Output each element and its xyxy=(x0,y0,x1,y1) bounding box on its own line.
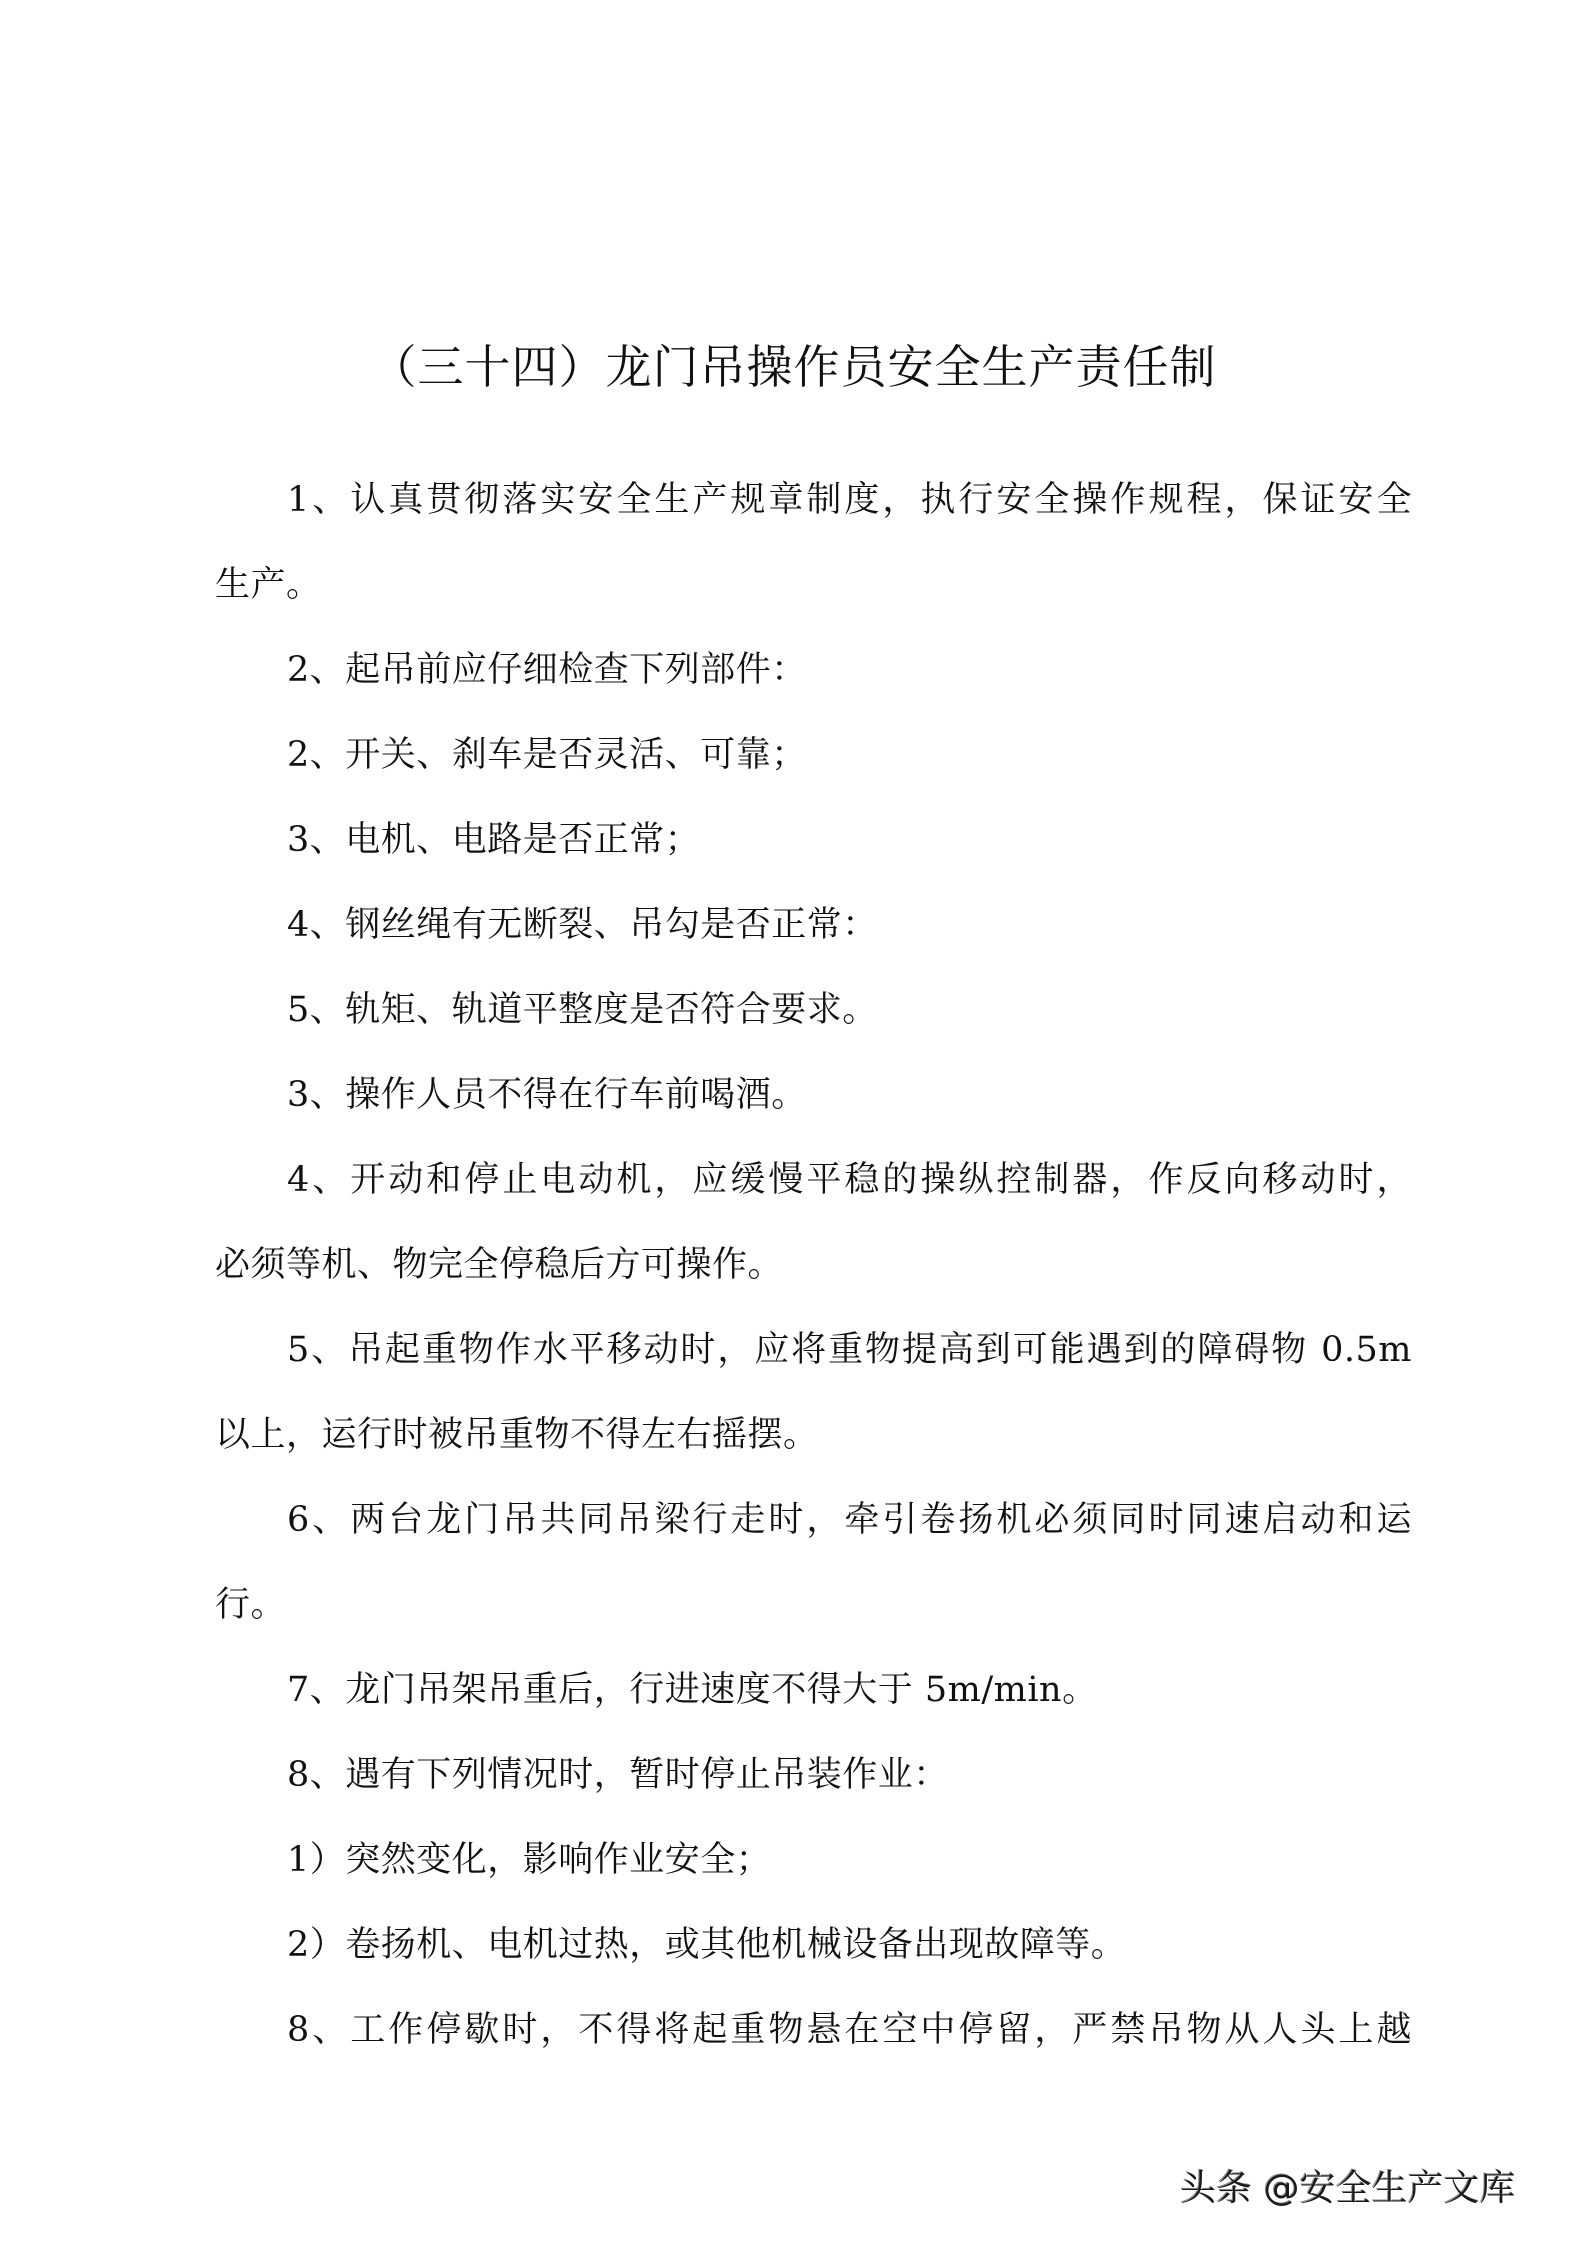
watermark: 头条 @安全生产文库 xyxy=(1180,2160,1515,2211)
document-page: （三十四）龙门吊操作员安全生产责任制 1、认真贯彻落实安全生产规章制度，执行安全… xyxy=(0,0,1587,2245)
paragraph-line-1-cont: 生产。 xyxy=(215,560,1415,610)
paragraph-line-6-cont: 行。 xyxy=(215,1580,1415,1630)
paragraph-line-8: 8、遇有下列情况时，暂时停止吊装作业： xyxy=(287,1750,1487,1800)
sub-item-switch-brake: 2、开关、刹车是否灵活、可靠； xyxy=(287,730,1487,780)
paragraph-line-3: 3、操作人员不得在行车前喝酒。 xyxy=(287,1070,1487,1120)
paragraph-line-7: 7、龙门吊架吊重后，行进速度不得大于 5m/min。 xyxy=(287,1665,1487,1715)
sub-item-overheat: 2）卷扬机、电机过热，或其他机械设备出现故障等。 xyxy=(287,1920,1487,1970)
sub-item-track: 5、轨矩、轨道平整度是否符合要求。 xyxy=(287,985,1487,1035)
paragraph-line-6: 6、两台龙门吊共同吊梁行走时，牵引卷扬机必须同时同速启动和运 xyxy=(287,1495,1412,1545)
paragraph-line-2: 2、起吊前应仔细检查下列部件： xyxy=(287,645,1487,695)
paragraph-line-1: 1、认真贯彻落实安全生产规章制度，执行安全操作规程，保证安全 xyxy=(287,475,1412,525)
paragraph-line-9: 8、工作停歇时，不得将起重物悬在空中停留，严禁吊物从人头上越 xyxy=(287,2005,1412,2055)
sub-item-sudden-change: 1）突然变化，影响作业安全； xyxy=(287,1835,1487,1885)
document-title: （三十四）龙门吊操作员安全生产责任制 xyxy=(0,331,1587,397)
paragraph-line-5: 5、吊起重物作水平移动时，应将重物提高到可能遇到的障碍物 0.5m xyxy=(287,1325,1412,1375)
paragraph-line-4: 4、开动和停止电动机，应缓慢平稳的操纵控制器，作反向移动时， xyxy=(287,1155,1412,1205)
paragraph-line-4-cont: 必须等机、物完全停稳后方可操作。 xyxy=(215,1240,1415,1290)
sub-item-wire-rope: 4、钢丝绳有无断裂、吊勾是否正常： xyxy=(287,900,1487,950)
paragraph-line-5-cont: 以上，运行时被吊重物不得左右摇摆。 xyxy=(215,1410,1415,1460)
sub-item-motor-circuit: 3、电机、电路是否正常； xyxy=(287,815,1487,865)
